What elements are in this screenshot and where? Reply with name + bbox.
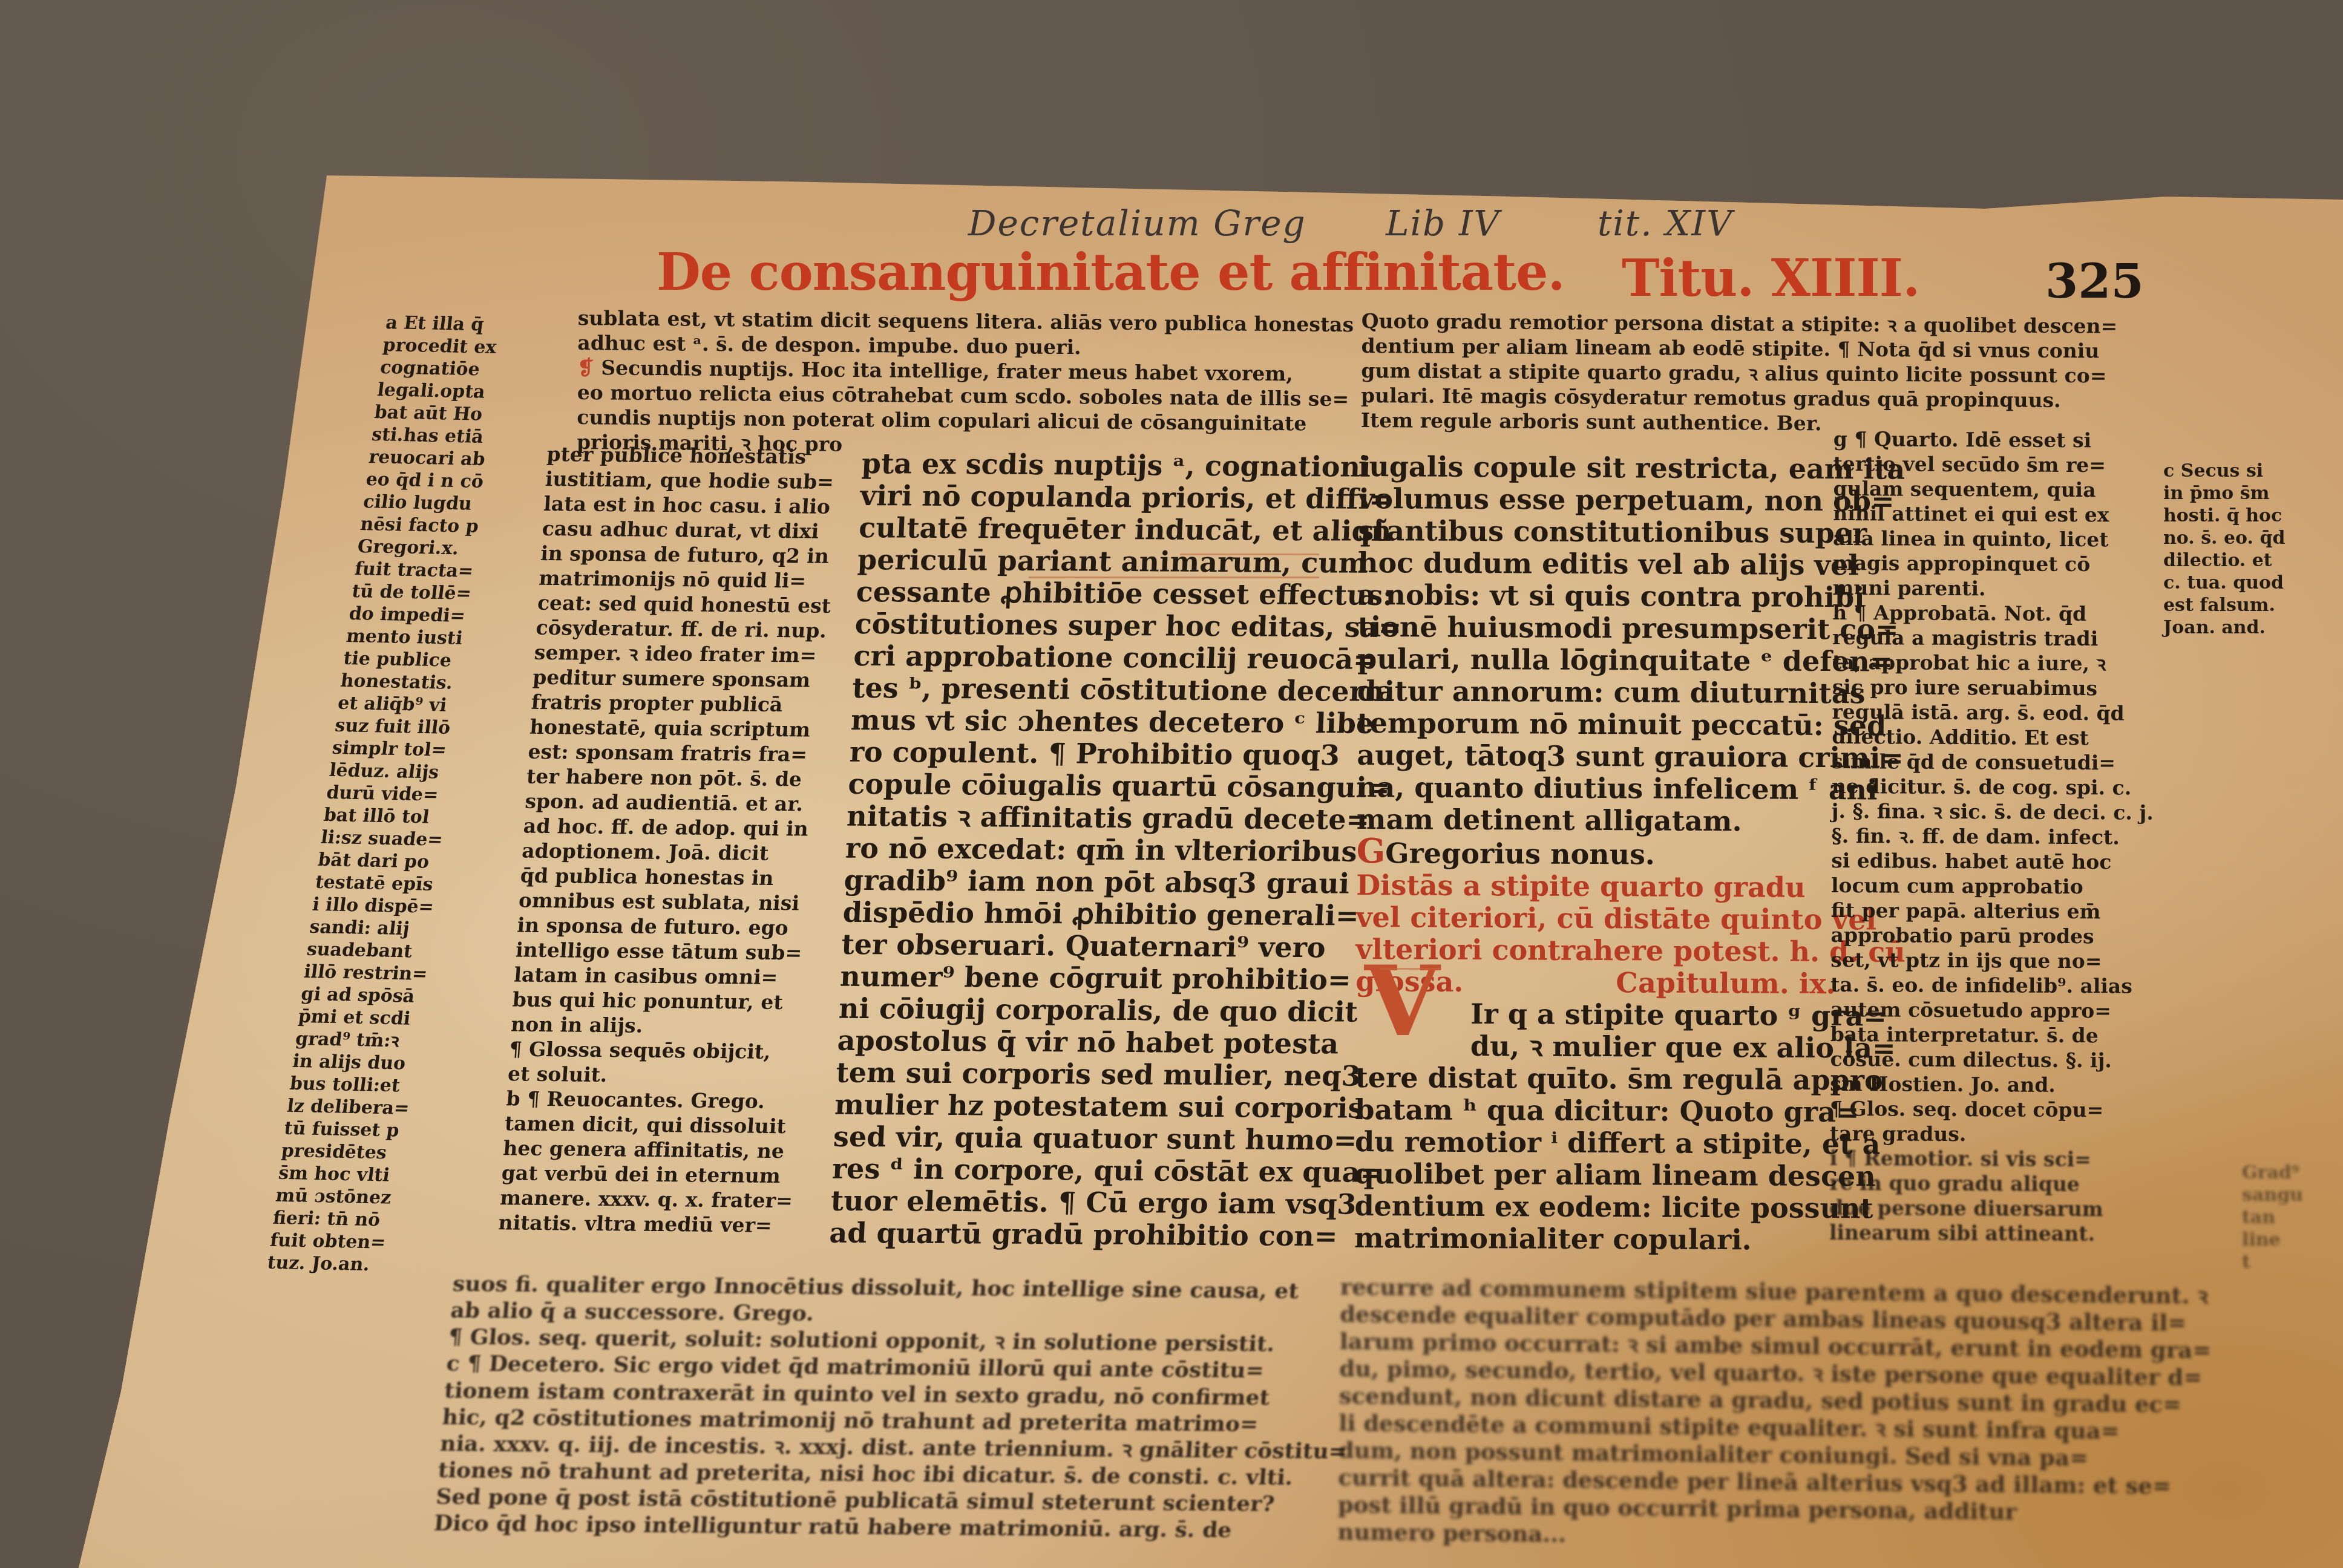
- text-line: tere distat quīto. s̄m regulā appro: [1355, 1062, 1904, 1097]
- gloss-line: lata est in hoc casu. i alio: [543, 491, 837, 519]
- gloss-line: casu adhuc durat, vt dixi: [542, 516, 836, 544]
- gloss-line: reuocari ab: [367, 446, 494, 471]
- gloss-line: simplr tol=: [331, 737, 457, 762]
- gloss-line: nēsi facto p: [359, 513, 485, 538]
- text-line: res ᵈ in corpore, qui cōstāt ex qua=: [831, 1153, 1384, 1189]
- gloss-line: procedit ex: [382, 334, 508, 359]
- gloss-line: bata interpretatur. s̄. de: [1830, 1022, 2152, 1048]
- gloss-line: ¶ Glossa sequēs obijcit,: [509, 1036, 804, 1064]
- text-line: ter obseruari. Quaternari⁹ vero: [841, 929, 1393, 964]
- gloss-line: line: [2242, 1229, 2303, 1251]
- gloss-line: non in alijs.: [510, 1011, 805, 1039]
- gloss-line: bat illō tol: [323, 804, 449, 829]
- gloss-line: tertio vel secūdo s̄m re=: [1833, 451, 2155, 478]
- page-number: 325: [2045, 254, 2144, 309]
- text-line: ni cōiugij corporalis, de quo dicit: [838, 993, 1391, 1028]
- gloss-line: bus tolli:et: [289, 1073, 415, 1097]
- gloss-line: sti.has etiā: [370, 423, 497, 448]
- gloss-line: autem cōsuetudo appro=: [1830, 997, 2152, 1024]
- gloss-line: honestatis.: [339, 670, 466, 694]
- text-line: auget, tātoq3 sunt grauiora crimi=: [1357, 739, 1906, 774]
- gloss-line: re in quo gradu alique: [1829, 1171, 2151, 1197]
- text-line: iugalis copule sit restricta, eam ita: [1358, 451, 1908, 486]
- gloss-line: omnibus est sublata, nisi: [518, 888, 813, 916]
- text-line: a nobis: vt si quis contra prohibi: [1358, 579, 1907, 614]
- gloss-line: tie publice: [342, 647, 468, 672]
- gloss-line: cōsyderatur. ff. de ri. nup.: [535, 615, 830, 643]
- gloss-line: testatē epīs: [314, 871, 441, 896]
- left-margin-gloss: a Et illa q̄ procedit ex cognatiōe legal…: [266, 312, 510, 1276]
- gloss-line: ta. s̄. eo. de infidelib⁹. alias: [1830, 972, 2152, 999]
- gloss-line: sandi: alij: [308, 916, 434, 941]
- bottom-gloss-left: suos fi. qualiter ergo Innocētius dissol…: [433, 1270, 1360, 1544]
- gloss-line: in sponsa de futuro. ego: [516, 913, 811, 941]
- gloss-line: Gregori.x.: [356, 535, 483, 560]
- gloss-line: g ¶ Quarto. Idē esset si: [1833, 426, 2155, 453]
- gloss-line: mū ɔstōnez: [274, 1184, 401, 1209]
- gloss-line: est falsum.: [2163, 594, 2285, 616]
- paragraph-mark-icon: ❡: [577, 356, 601, 379]
- gloss-line: linearum sibi attineant.: [1829, 1220, 2151, 1247]
- gloss-line: si edibus. habet autē hoc: [1831, 848, 2153, 875]
- gloss-line: fratris propter publicā: [531, 690, 825, 717]
- gloss-line: pter publice honestatis: [546, 442, 841, 469]
- text-line: ro nō excedat: qm̄ in vlterioribus: [845, 832, 1397, 868]
- handwritten-note-tit: tit. XIV: [1597, 203, 1733, 244]
- main-text-column-1: pta ex scdis nuptijs ᵃ, cognationi viri …: [828, 448, 1414, 1253]
- gloss-line: q̄d publica honestas in: [520, 863, 814, 891]
- gloss-line: do impedi=: [348, 603, 474, 627]
- gloss-line: c. tua. quod: [2163, 572, 2285, 594]
- gloss-line: alia linea in quinto, licet: [1833, 526, 2155, 552]
- text-line: mam detinent alligatam.: [1357, 803, 1906, 838]
- gloss-line: magis appropinquet cō: [1833, 550, 2155, 577]
- text-line: matrimonialiter copulari.: [1354, 1222, 1904, 1257]
- gloss-line: sangu: [2242, 1184, 2303, 1206]
- text-line: pta ex scdis nuptijs ᵃ, cognationi: [861, 448, 1414, 483]
- gloss-line: et soluit.: [507, 1061, 802, 1089]
- gloss-line: peditur sumere sponsam: [532, 665, 827, 693]
- gloss-line: tan: [2242, 1206, 2303, 1229]
- gloss-line: fit per papā. alterius em̄: [1831, 898, 2153, 924]
- gloss-line: h ¶ Approbatā. Not. q̄d: [1832, 600, 2154, 627]
- gloss-line: est: sponsam fratris fra=: [527, 739, 822, 767]
- gloss-line: muni parenti.: [1832, 575, 2154, 602]
- gloss-line: bāt dari po: [316, 849, 443, 874]
- text-line: temporum nō minuit peccatū: sed: [1357, 707, 1907, 742]
- gloss-line: in p̄mo s̄m: [2163, 482, 2285, 505]
- gloss-line: ¶ Glos. seq. docet cōpu=: [1830, 1096, 2152, 1123]
- gloss-line: matrimonijs nō quid li=: [539, 566, 833, 593]
- gloss-line: gat verbū dei in eternum: [501, 1160, 796, 1188]
- gloss-left-column: pter publice honestatis iustitiam, que h…: [498, 442, 841, 1238]
- text-line: datur annorum: cum diuturnitas: [1357, 675, 1907, 710]
- text-line: hoc dudum editis vel ab alijs vel: [1358, 547, 1907, 582]
- handwritten-note-lib: Lib IV: [1386, 203, 1500, 244]
- gloss-line: §. fin. ꝛ. ff. de dam. infect.: [1831, 823, 2153, 850]
- summary-line: Distās a stipite quarto gradu: [1356, 869, 1906, 904]
- gloss-line: regulā istā. arg. s̄. eod. q̄d: [1832, 699, 2154, 726]
- text-line: cōstitutiones super hoc editas, sa=: [854, 608, 1407, 644]
- gloss-line: ad hoc. ff. de adop. qui in: [523, 814, 818, 841]
- rubric-underline: [1380, 968, 1440, 970]
- gloss-line: manere. xxxv. q. x. frater=: [499, 1185, 794, 1213]
- gloss-line: durū vide=: [325, 782, 451, 806]
- text-line: sed vir, quia quatuor sunt humo=: [833, 1121, 1385, 1157]
- gloss-line: p̄mi et scdi: [297, 1005, 424, 1030]
- gloss-line: i ¶ Remotior. si vis sci=: [1830, 1146, 2152, 1172]
- gloss-line: fuit tracta=: [353, 558, 480, 583]
- text-line: cessante ꝓhibitiōe cesset effectus:: [856, 576, 1408, 612]
- gloss-line: dilectio. et: [2163, 549, 2285, 572]
- gloss-line: gi ad spōsā: [300, 983, 426, 1008]
- column-2-top-gloss: Quoto gradu remotior persona distat a st…: [1361, 309, 2118, 438]
- gloss-line: illō restrin=: [303, 961, 429, 985]
- gloss-line: Joan. and.: [2163, 616, 2285, 639]
- gloss-line: fuit obten=: [269, 1229, 395, 1254]
- handwritten-note-decretalium: Decretalium Greg: [968, 203, 1306, 244]
- text-line: gradib⁹ iam non pōt absq3 graui: [844, 864, 1396, 900]
- gloss-line: dilectio. Additio. Et est: [1832, 724, 2154, 751]
- text-line: cri approbatione concilij reuocā=: [853, 640, 1405, 676]
- gloss-line: gulam sequentem, quia: [1833, 476, 2155, 503]
- gloss-line: adoptionem. Joā. dicit: [521, 838, 816, 866]
- gloss-line: hosti. q̄ hoc: [2163, 505, 2285, 527]
- gloss-line: semper. ꝛ ideo frater im=: [534, 640, 828, 668]
- gloss-line: a Et illa q̄: [384, 312, 511, 336]
- gloss-line: set, vt ptz in ijs que no=: [1830, 947, 2152, 974]
- gloss-line: presidētes: [280, 1140, 407, 1165]
- gloss-line: latam in casibus omni=: [513, 962, 808, 990]
- chapter-heading: Capitulum. ix.: [1616, 967, 1836, 1000]
- gloss-line: j. §. fina. ꝛ sic. s̄. de deci. c. j.: [1832, 799, 2154, 825]
- gloss-line: iustitiam, que hodie sub=: [545, 466, 839, 494]
- gloss-line: approbatio parū prodes: [1830, 923, 2152, 949]
- gloss-line: honestatē, quia scriptum: [529, 714, 824, 742]
- right-gloss-column: g ¶ Quarto. Idē esset si tertio vel secū…: [1829, 426, 2155, 1247]
- far-right-gloss: c Secus si in p̄mo s̄m hosti. q̄ hoc no.…: [2163, 460, 2285, 639]
- gloss-line: t: [2242, 1251, 2303, 1273]
- gloss-line: s̄m hoc vlti: [277, 1162, 404, 1187]
- gloss-line: in sponsa de futuro, q2 in: [540, 541, 834, 569]
- text-line: ad quartū gradū prohibitio con=: [828, 1217, 1381, 1253]
- text-line: mus vt sic ɔhentes decetero ᶜ libe: [850, 704, 1403, 740]
- gloss-line: intelligo esse tātum sub=: [515, 938, 810, 965]
- gloss-line: nihil attinet ei qui est ex: [1833, 501, 2155, 528]
- gloss-line: spon. ad audientiā. et ar.: [524, 789, 819, 817]
- gloss-line: tuz. Jo.an.: [266, 1252, 392, 1276]
- gloss-line: locum cum approbatio: [1831, 873, 2153, 900]
- gloss-line: b ¶ Reuocantes. Grego.: [505, 1086, 800, 1114]
- decorated-initial-v: V: [1365, 953, 1440, 1050]
- rubric-underline: [1029, 577, 1319, 578]
- far-right-edge-fragment: Grad⁹ sangu tan line t: [2242, 1161, 2303, 1273]
- gloss-line: suadebant: [306, 938, 432, 963]
- text-line: viri nō copulanda prioris, et diffi=: [860, 480, 1412, 515]
- gloss-line: c Secus si: [2163, 460, 2285, 482]
- gloss-line: cilio lugdu: [362, 491, 488, 515]
- gloss-line: tare gradus.: [1830, 1121, 2152, 1148]
- text-line: numer⁹ bene cōgruit prohibitio=: [839, 961, 1392, 996]
- text-line: ro copulent. ¶ Prohibitio quoq3: [849, 736, 1401, 772]
- text-line: dispēdio hmōi ꝓhibitio generali=: [842, 897, 1395, 932]
- text-line: pulari, nulla lōginquitate ᵉ defen=: [1357, 643, 1907, 678]
- gloss-line: ceat: sed quid honestū est: [537, 590, 831, 618]
- gloss-line: ne dicitur. s̄. de cog. spi. c.: [1832, 774, 2154, 800]
- gloss-line: tū fuisset p: [283, 1117, 409, 1142]
- rubric-underline: [1180, 554, 1319, 555]
- text-line: periculū pariant animarum, cum: [857, 544, 1409, 580]
- gloss-line: lēduz. alijs: [328, 759, 454, 784]
- gloss-line: et aliq̄b⁹ vi: [336, 692, 463, 717]
- parchment-page: Decretalium Greg Lib IV tit. XIV De cons…: [0, 0, 2343, 1568]
- bottom-gloss-right: recurre ad communem stipitem siue parent…: [1337, 1273, 2212, 1555]
- gloss-line: in alijs duo: [291, 1050, 418, 1075]
- gloss-line: hec genera affinitatis, ne: [502, 1135, 797, 1163]
- text-line: quolibet per aliam lineam descen: [1355, 1158, 1904, 1193]
- gloss-line: bat aūt Ho: [373, 401, 500, 426]
- text-line: na, quanto diutius infelicem ᶠ ani: [1357, 771, 1906, 806]
- text-line: cultatē frequēter inducāt, et aliqñ: [858, 512, 1411, 547]
- author-line: GGregorius nonus.: [1356, 835, 1906, 872]
- gloss-line: i illo dispē=: [311, 893, 437, 918]
- gloss-line: Grad⁹: [2242, 1161, 2303, 1184]
- gloss-line: nitatis. vltra mediū ver=: [498, 1210, 793, 1238]
- gloss-line: ta, approbat hic a iure, ꝛ: [1832, 650, 2154, 676]
- gloss-line: bus qui hic ponuntur, et: [512, 987, 807, 1014]
- gloss-line: tū de tollē=: [350, 580, 477, 605]
- title-number: Titu. XIIII.: [1622, 248, 1919, 308]
- gloss-line: grad⁹ tm̄:ꝛ: [294, 1028, 421, 1053]
- top-gloss: sublata est, vt statim dicit sequens lit…: [577, 305, 1354, 461]
- text-line: nitatis ꝛ affinitatis gradū decete=: [846, 800, 1398, 836]
- gloss-line: legali.opta: [376, 379, 502, 403]
- gloss-line: ter habere non pōt. s̄. de: [526, 764, 821, 792]
- gloss-line: no. s̄. eo. q̄d: [2163, 527, 2285, 549]
- gloss-line: regula a magistris tradi: [1832, 625, 2154, 652]
- gloss-line: s̄m Hostien. Jo. and.: [1830, 1071, 2152, 1098]
- gloss-line: eo q̄d i n cō: [365, 468, 491, 493]
- author-text: Gregorius nonus.: [1385, 837, 1655, 871]
- text-line: tuor elemētis. ¶ Cū ergo iam vsq3: [830, 1185, 1383, 1221]
- gloss-line: sic pro iure seruabimus: [1832, 675, 2154, 701]
- main-text-column-2: iugalis copule sit restricta, eam ita vo…: [1354, 451, 1908, 1257]
- text-line: tem sui corporis sed mulier, neq3: [836, 1057, 1388, 1093]
- gloss-line: li:sz suade=: [319, 826, 446, 851]
- text-line: batam ʰ qua dicitur: Quoto gra=: [1355, 1094, 1904, 1129]
- text-line: mulier hz potestatem sui corporis: [834, 1089, 1386, 1125]
- summary-line: vel citeriori, cū distāte quinto vel: [1356, 901, 1906, 936]
- gloss-line: tamen dicit, qui dissoluit: [504, 1111, 799, 1138]
- text-line: copule cōiugalis quartū cōsangui=: [848, 768, 1400, 804]
- gloss-line: simile q̄d de consuetudi=: [1832, 749, 2154, 776]
- gloss-line: mento iusti: [345, 625, 471, 650]
- text-line: du remotior ⁱ differt a stipite, et a: [1355, 1126, 1904, 1161]
- text-line: stantibus constitutionibus super: [1358, 515, 1907, 550]
- gloss-line: lz delibera=: [286, 1095, 412, 1120]
- text-line: apostolus q̄ vir nō habet potesta: [837, 1025, 1389, 1060]
- gloss-line: cognatiōe: [379, 356, 505, 381]
- gloss-line: due persone diuersarum: [1829, 1195, 2151, 1222]
- text-line: tes ᵇ, presenti cōstitutione decerni: [851, 672, 1404, 708]
- text-line: volumus esse perpetuam, non ob=: [1358, 483, 1907, 518]
- running-title: De consanguinitate et affinitate.: [657, 242, 1565, 302]
- rubric-initial-g: G: [1356, 831, 1385, 871]
- gloss-line: suz fuit illō: [333, 714, 460, 739]
- text-line: dentium ex eodem: licite possunt: [1354, 1190, 1904, 1225]
- gloss-line: fieri: tn̄ nō: [272, 1207, 398, 1232]
- gloss-line: cōsue. cum dilectus. §. ij.: [1830, 1047, 2152, 1073]
- text-line: tionē huiusmodi presumpserit co=: [1357, 611, 1907, 646]
